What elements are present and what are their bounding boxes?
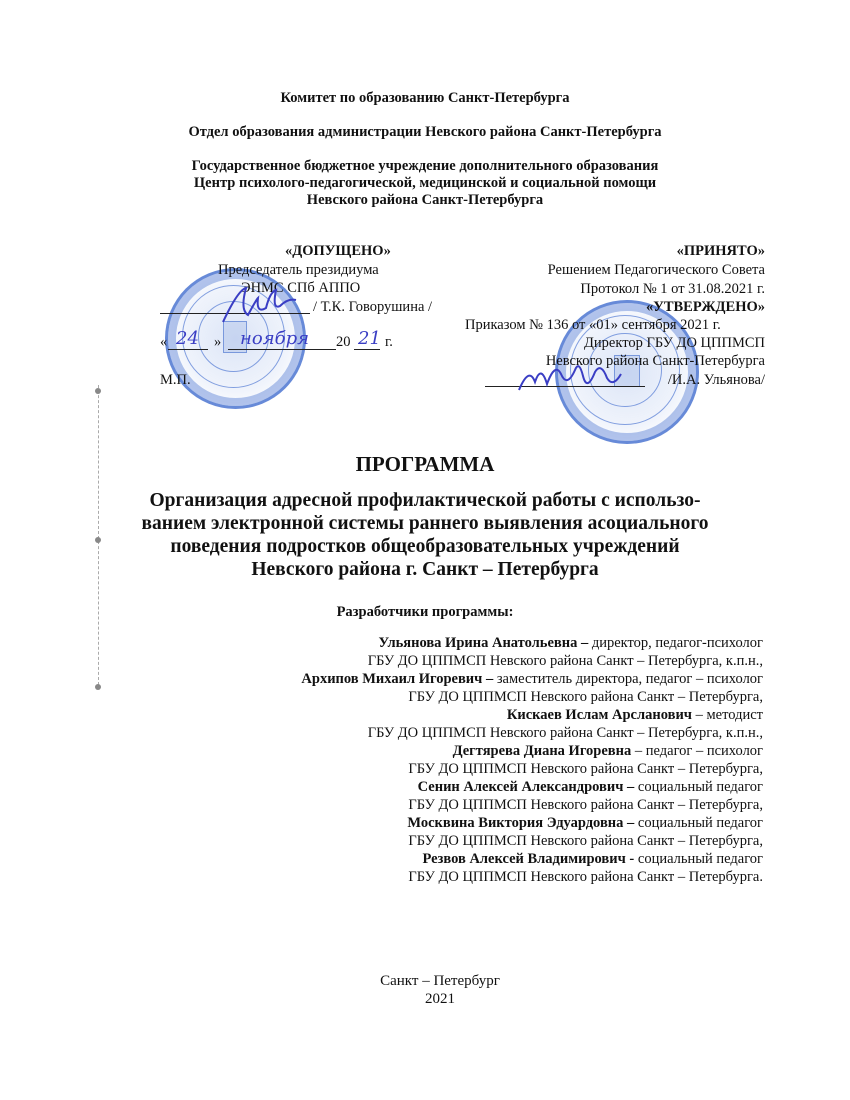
program-title-line: Невского района г. Санкт – Петербурга xyxy=(0,558,850,581)
date-month-line xyxy=(228,349,336,350)
developer-org: ГБУ ДО ЦППМСП Невского района Санкт – Пе… xyxy=(163,832,763,850)
developer-entry: Резвов Алексей Владимирович - социальный… xyxy=(163,850,763,868)
approved-title: «УТВЕРЖДЕНО» xyxy=(646,298,765,316)
signature-icon xyxy=(515,352,625,397)
developer-org: ГБУ ДО ЦППМСП Невского района Санкт – Пе… xyxy=(163,760,763,778)
developer-name: Дегтярева Диана Игоревна xyxy=(453,743,632,759)
binding-hole-icon xyxy=(95,684,101,690)
developer-role: директор, педагог-психолог xyxy=(588,635,763,651)
admitted-date-year-prefix: 20 xyxy=(336,333,351,351)
footer-city: Санкт – Петербург xyxy=(0,972,850,990)
developer-org: ГБУ ДО ЦППМСП Невского района Санкт – Пе… xyxy=(163,868,763,886)
developer-role: заместитель директора, педагог – психоло… xyxy=(493,671,763,687)
admitted-date-day: 24 xyxy=(176,328,199,349)
admitted-date-open: « xyxy=(160,333,167,351)
program-heading: ПРОГРАММА xyxy=(0,452,850,477)
stamp-place-mark: М.П. xyxy=(160,371,191,389)
developer-org: ГБУ ДО ЦППМСП Невского района Санкт – Пе… xyxy=(163,652,763,670)
binding-hole-icon xyxy=(95,388,101,394)
admitted-date-g: г. xyxy=(385,333,393,351)
developer-name: Ульянова Ирина Анатольевна – xyxy=(378,635,588,651)
developer-role: – педагог – психолог xyxy=(631,743,763,759)
developer-role: социальный педагог xyxy=(634,815,763,831)
developer-name: Резвов Алексей Владимирович - xyxy=(422,851,634,867)
developer-role: социальный педагог xyxy=(634,851,763,867)
admitted-role-1: Председатель президиума xyxy=(218,261,379,279)
accepted-line-2: Протокол № 1 от 31.08.2021 г. xyxy=(580,280,765,298)
program-title-line: поведения подростков общеобразовательных… xyxy=(0,535,850,558)
developers-heading: Разработчики программы: xyxy=(0,604,850,621)
accepted-title: «ПРИНЯТО» xyxy=(677,242,765,260)
developer-entry: Архипов Михаил Игоревич – заместитель ди… xyxy=(163,670,763,688)
signature-icon xyxy=(218,280,298,330)
developer-entry: Москвина Виктория Эдуардовна – социальны… xyxy=(163,814,763,832)
developer-org: ГБУ ДО ЦППМСП Невского района Санкт – Пе… xyxy=(163,724,763,742)
developer-name: Кискаев Ислам Арсланович xyxy=(507,707,692,723)
developer-org: ГБУ ДО ЦППМСП Невского района Санкт – Пе… xyxy=(163,688,763,706)
developer-name: Москвина Виктория Эдуардовна – xyxy=(407,815,634,831)
institution-district: Невского района Санкт-Петербурга xyxy=(0,192,850,209)
admitted-signer: / Т.К. Говорушина / xyxy=(313,298,432,316)
approved-signer: /И.А. Ульянова/ xyxy=(668,371,765,389)
developer-name: Архипов Михаил Игоревич – xyxy=(301,671,493,687)
developer-name: Сенин Алексей Александрович – xyxy=(418,779,635,795)
approved-line-1: Приказом № 136 от «01» сентября 2021 г. xyxy=(465,316,721,334)
admitted-date-close: » xyxy=(214,333,221,351)
developer-role: – методист xyxy=(692,707,763,723)
developer-org: ГБУ ДО ЦППМСП Невского района Санкт – Пе… xyxy=(163,796,763,814)
developer-entry: Кискаев Ислам Арсланович – методист xyxy=(163,706,763,724)
date-day-line xyxy=(168,349,208,350)
institution-type: Государственное бюджетное учреждение доп… xyxy=(0,158,850,175)
admitted-date-month: ноября xyxy=(240,328,309,349)
admitted-date-year-suffix: 21 xyxy=(358,328,381,349)
developer-entry: Ульянова Ирина Анатольевна – директор, п… xyxy=(163,634,763,652)
accepted-line-1: Решением Педагогического Совета xyxy=(548,261,765,279)
program-title-line: ванием электронной системы раннего выявл… xyxy=(0,512,850,535)
institution-name: Центр психолого-педагогической, медицинс… xyxy=(0,175,850,192)
committee-name: Комитет по образованию Санкт-Петербурга xyxy=(0,90,850,107)
admitted-title: «ДОПУЩЕНО» xyxy=(285,242,391,260)
developer-role: социальный педагог xyxy=(634,779,763,795)
developer-entry: Дегтярева Диана Игоревна – педагог – пси… xyxy=(163,742,763,760)
developer-entry: Сенин Алексей Александрович – социальный… xyxy=(163,778,763,796)
footer-year: 2021 xyxy=(0,990,850,1008)
program-title-line: Организация адресной профилактической ра… xyxy=(0,489,850,512)
approved-line-2: Директор ГБУ ДО ЦППМСП xyxy=(584,334,765,352)
date-year-line xyxy=(354,349,380,350)
department-name: Отдел образования администрации Невского… xyxy=(0,124,850,141)
